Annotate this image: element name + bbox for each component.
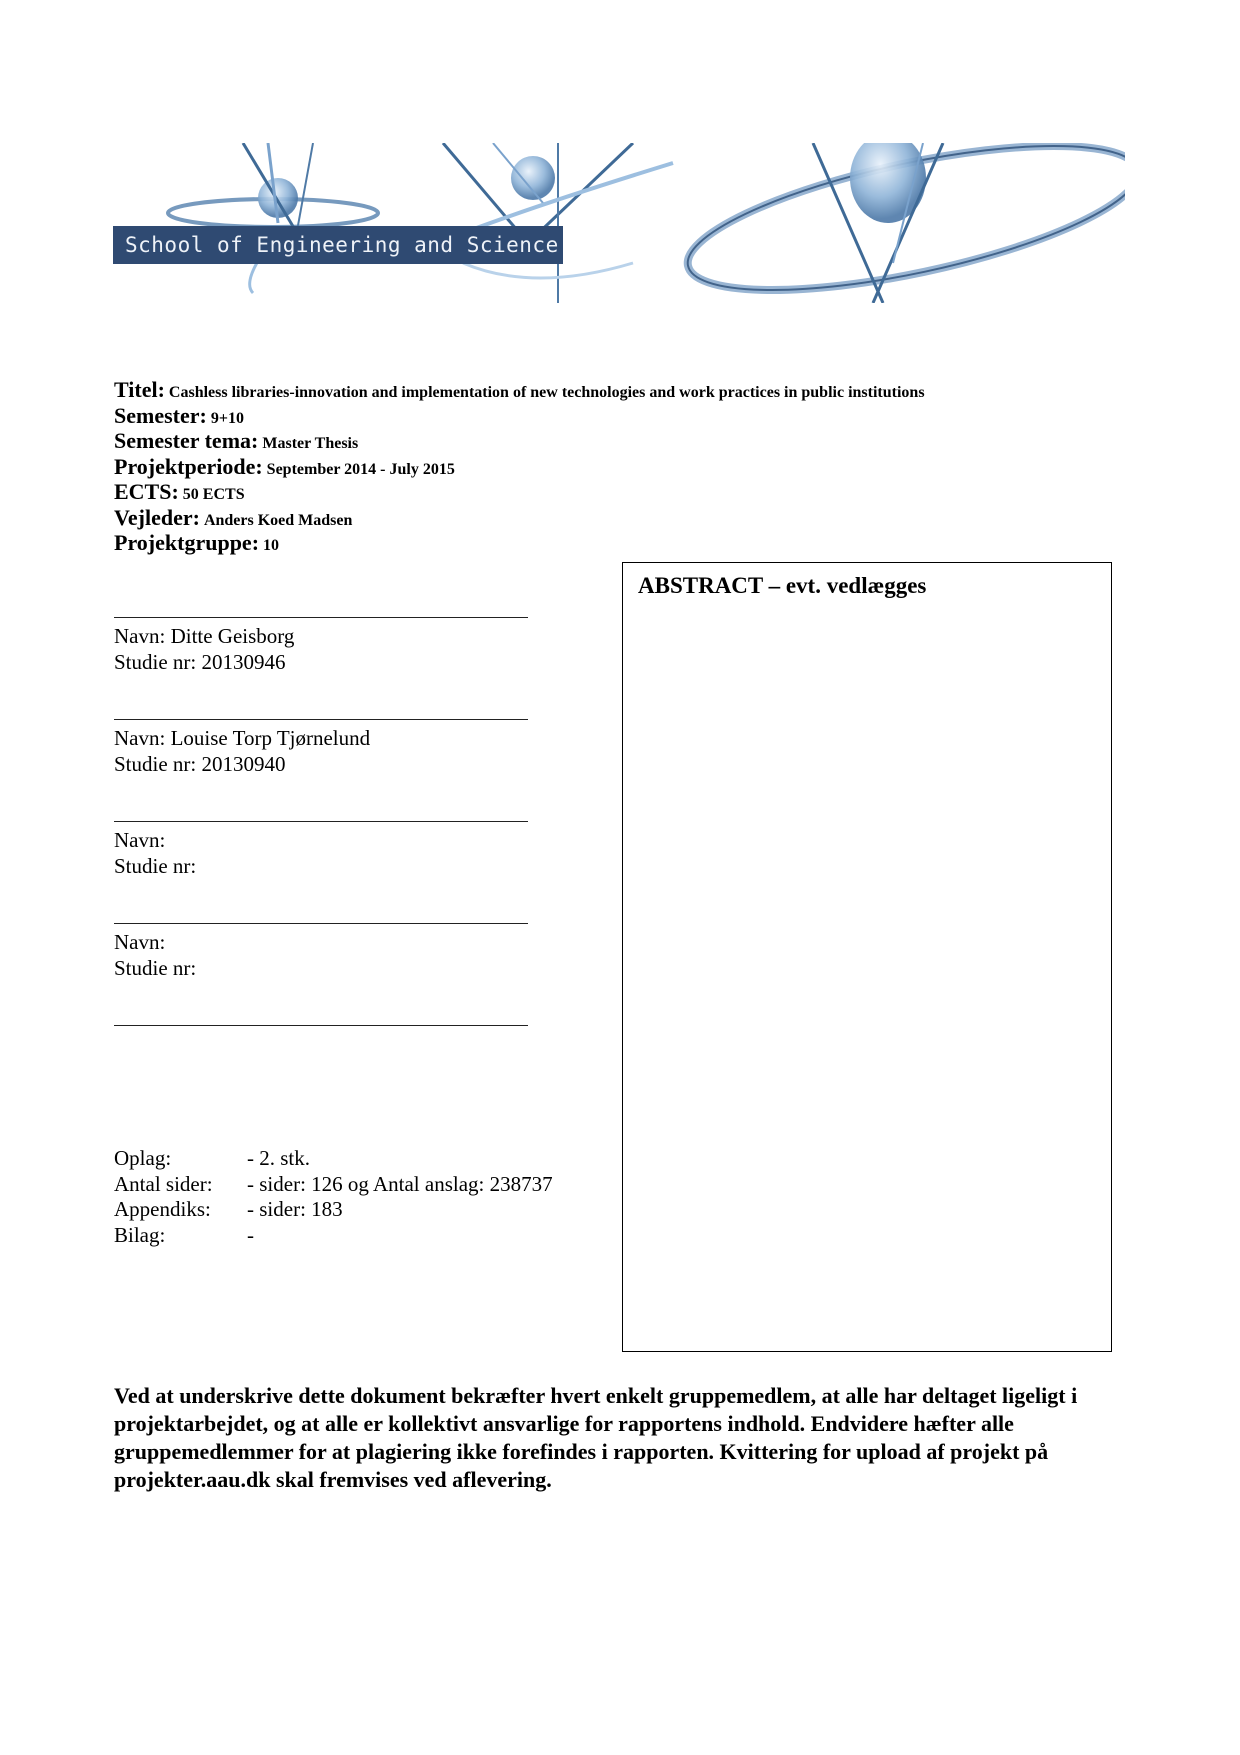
meta-label: Projektgruppe: [114, 530, 259, 555]
declaration-text: Ved at underskrive dette dokument bekræf… [114, 1382, 1124, 1494]
stats-label: Bilag: [114, 1223, 247, 1249]
signature-block: Navn: Ditte Geisborg Studie nr: 20130946 [114, 617, 528, 675]
signature-line[interactable] [114, 821, 528, 822]
meta-label: Projektperiode: [114, 454, 263, 479]
signature-line[interactable] [114, 719, 528, 720]
stats-row-appendiks: Appendiks: - sider: 183 [114, 1197, 553, 1223]
signature-studie-nr: Studie nr: [114, 956, 528, 982]
stats-label: Antal sider: [114, 1172, 247, 1198]
meta-projektperiode: Projektperiode: September 2014 - July 20… [114, 454, 925, 480]
stats-row-bilag: Bilag: - [114, 1223, 553, 1249]
meta-value: September 2014 - July 2015 [267, 461, 455, 478]
signature-line[interactable] [114, 617, 528, 618]
meta-label: Titel: [114, 377, 165, 402]
signature-line[interactable] [114, 1025, 528, 1026]
project-metadata: Titel: Cashless libraries-innovation and… [114, 377, 925, 556]
meta-value: Master Thesis [262, 435, 358, 452]
atom-graphic-icon [113, 143, 1125, 303]
meta-label: Semester tema: [114, 428, 258, 453]
meta-semester-tema: Semester tema: Master Thesis [114, 428, 925, 454]
meta-ects: ECTS: 50 ECTS [114, 479, 925, 505]
signature-studie-nr: Studie nr: 20130946 [114, 650, 528, 676]
meta-semester: Semester: 9+10 [114, 403, 925, 429]
stats-value: - sider: 126 og Antal anslag: 238737 [247, 1172, 553, 1198]
school-name-label: School of Engineering and Science [113, 226, 563, 264]
abstract-title: ABSTRACT – evt. vedlægges [638, 573, 926, 599]
stats-value: - [247, 1223, 254, 1249]
meta-value: Cashless libraries-innovation and implem… [169, 384, 925, 401]
stats-row-oplag: Oplag: - 2. stk. [114, 1146, 553, 1172]
school-banner: School of Engineering and Science [113, 143, 1125, 303]
meta-projektgruppe: Projektgruppe: 10 [114, 530, 925, 556]
signature-block: Navn: Studie nr: [114, 923, 528, 981]
signature-block: Navn: Louise Torp Tjørnelund Studie nr: … [114, 719, 528, 777]
signature-block: Navn: Studie nr: [114, 821, 528, 879]
signature-name: Navn: Ditte Geisborg [114, 624, 528, 650]
stats-value: - 2. stk. [247, 1146, 310, 1172]
signature-name: Navn: [114, 930, 528, 956]
meta-label: Semester: [114, 403, 207, 428]
stats-label: Appendiks: [114, 1197, 247, 1223]
signature-name: Navn: [114, 828, 528, 854]
document-stats: Oplag: - 2. stk. Antal sider: - sider: 1… [114, 1146, 553, 1248]
signature-studie-nr: Studie nr: 20130940 [114, 752, 528, 778]
meta-value: 9+10 [211, 410, 244, 427]
stats-row-antal-sider: Antal sider: - sider: 126 og Antal ansla… [114, 1172, 553, 1198]
stats-value: - sider: 183 [247, 1197, 343, 1223]
meta-value: 10 [263, 537, 279, 554]
signature-studie-nr: Studie nr: [114, 854, 528, 880]
meta-value: Anders Koed Madsen [204, 512, 352, 529]
signature-line[interactable] [114, 923, 528, 924]
abstract-box[interactable]: ABSTRACT – evt. vedlægges [622, 562, 1112, 1352]
stats-label: Oplag: [114, 1146, 247, 1172]
meta-vejleder: Vejleder: Anders Koed Madsen [114, 505, 925, 531]
meta-title: Titel: Cashless libraries-innovation and… [114, 377, 925, 403]
meta-value: 50 ECTS [183, 486, 245, 503]
meta-label: ECTS: [114, 479, 179, 504]
meta-label: Vejleder: [114, 505, 200, 530]
signature-name: Navn: Louise Torp Tjørnelund [114, 726, 528, 752]
